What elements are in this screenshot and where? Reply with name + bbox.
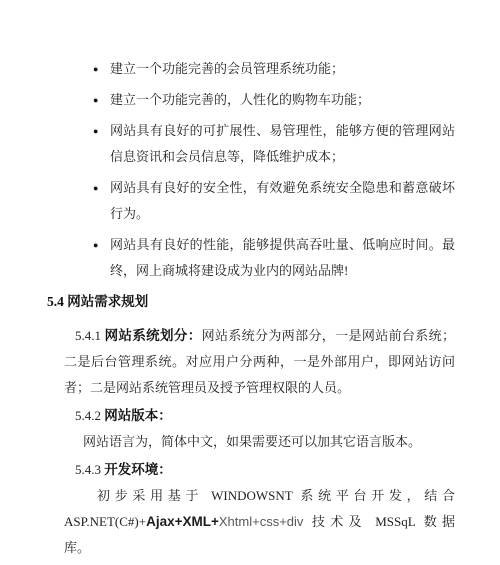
- bullet-item: ● 建立一个功能完善的会员管理系统功能；: [47, 56, 455, 82]
- text-run: 5.4.3: [75, 462, 104, 477]
- text-run: 库。: [64, 540, 90, 555]
- text-run: Ajax+XML+: [146, 514, 219, 529]
- bullet-item: ● 网站具有良好的安全性，有效避免系统安全隐患和蓄意破坏行为。: [47, 175, 455, 227]
- section-heading-5-4: 5.4 网站需求规划: [47, 289, 455, 315]
- bullet-icon: ●: [93, 175, 98, 201]
- dev-env-line-2: ASP.NET(C#)+Ajax+XML+Xhtml+css+div 技术及 M…: [64, 509, 455, 535]
- text-run: 网站版本：: [104, 408, 172, 423]
- dev-env-line-3: 库。: [64, 535, 455, 561]
- text-run: 开发环境：: [104, 462, 172, 477]
- text-run: 5.4.2: [75, 408, 104, 423]
- subsection-5-4-3-heading: 5.4.3 开发环境：: [64, 457, 455, 483]
- text-run: Xhtml+css+div: [219, 514, 304, 529]
- text-run: 网站系统划分：: [105, 328, 202, 343]
- document-content: ● 建立一个功能完善的会员管理系统功能； ● 建立一个功能完善的，人性化的购物车…: [0, 0, 500, 561]
- document-page: ● 建立一个功能完善的会员管理系统功能； ● 建立一个功能完善的，人性化的购物车…: [0, 0, 500, 565]
- dev-env-line-1: 初步采用基于 WINDOWSNT 系统平台开发，结合: [64, 483, 455, 509]
- subsection-5-4-3-body: 初步采用基于 WINDOWSNT 系统平台开发，结合 ASP.NET(C#)+A…: [64, 483, 455, 561]
- bullet-icon: ●: [93, 87, 98, 113]
- bullet-icon: ●: [93, 232, 98, 258]
- text-run: 技术及 MSSqL 数据: [303, 514, 455, 529]
- bullet-icon: ●: [93, 56, 98, 82]
- bullet-list: ● 建立一个功能完善的会员管理系统功能； ● 建立一个功能完善的，人性化的购物车…: [47, 56, 455, 284]
- subsection-5-4-1-paragraph: 5.4.1 网站系统划分：网站系统分为两部分，一是网站前台系统；二是后台管理系统…: [64, 323, 455, 401]
- bullet-text: 建立一个功能完善的会员管理系统功能；: [110, 61, 344, 76]
- bullet-text: 网站具有良好的安全性，有效避免系统安全隐患和蓄意破坏行为。: [110, 180, 455, 221]
- bullet-item: ● 网站具有良好的性能，能够提供高吞吐量、低响应时间。最终，网上商城将建设成为业…: [47, 232, 455, 284]
- text-run: ASP.NET(C#)+: [64, 514, 146, 529]
- bullet-item: ● 网站具有良好的可扩展性、易管理性，能够方便的管理网站信息资讯和会员信息等，降…: [47, 118, 455, 170]
- bullet-icon: ●: [93, 118, 98, 144]
- bullet-text: 网站具有良好的可扩展性、易管理性，能够方便的管理网站信息资讯和会员信息等，降低维…: [110, 123, 455, 164]
- subsection-5-4-2-heading: 5.4.2 网站版本：: [64, 403, 455, 429]
- bullet-text: 网站具有良好的性能，能够提供高吞吐量、低响应时间。最终，网上商城将建设成为业内的…: [110, 237, 455, 278]
- text-run: 5.4.1: [75, 328, 105, 343]
- text-run: 初步采用基于 WINDOWSNT 系统平台开发，结合: [97, 488, 455, 503]
- bullet-text: 建立一个功能完善的，人性化的购物车功能；: [110, 92, 370, 107]
- subsection-5-4-2-body: 网站语言为，简体中文，如果需要还可以加其它语言版本。: [64, 429, 455, 455]
- bullet-item: ● 建立一个功能完善的，人性化的购物车功能；: [47, 87, 455, 113]
